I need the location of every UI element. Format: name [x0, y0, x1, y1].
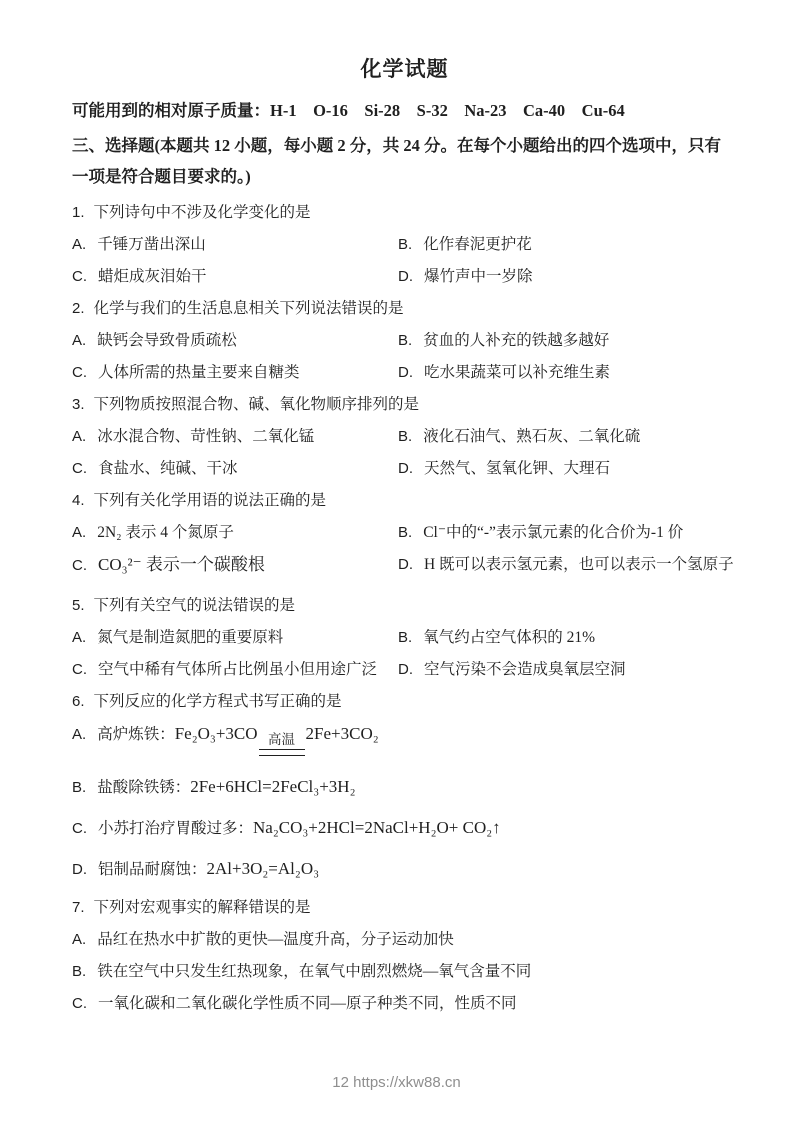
- option-label: A.: [72, 524, 86, 541]
- q7-option-b: B.铁在空气中只发生红热现象，在氧气中剧烈燃烧—氧气含量不同: [72, 961, 737, 983]
- question-stem-text: 化学与我们的生活息息相关下列说法错误的是: [94, 300, 404, 317]
- equation-lhs: Fe₂O₃+3CO: [175, 724, 258, 743]
- option-text: 铁在空气中只发生红热现象，在氧气中剧烈燃烧—氧气含量不同: [97, 963, 531, 980]
- q5-option-b: B.氧气约占空气体积的 21%: [398, 627, 737, 649]
- q6-option-b: B.盐酸除铁锈：2Fe+6HCl=2FeCl₃+3H₂: [72, 776, 737, 799]
- option-text: Cl⁻中的“-”表示氯元素的化合价为-1 价: [423, 524, 683, 541]
- option-label: A.: [72, 726, 86, 743]
- question-3: 3.下列物质按照混合物、碱、氧化物顺序排列的是 A.冰水混合物、苛性钠、二氧化锰…: [72, 394, 737, 490]
- question-5: 5.下列有关空气的说法错误的是 A.氮气是制造氮肥的重要原料 B.氧气约占空气体…: [72, 595, 737, 691]
- option-text: 爆竹声中一岁除: [424, 268, 533, 285]
- section-header: 三、选择题(本题共 12 小题，每小题 2 分，共 24 分。在每个小题给出的四…: [72, 130, 737, 192]
- option-label: D.: [398, 268, 413, 285]
- option-label: A.: [72, 931, 86, 948]
- q1-stem: 1.下列诗句中不涉及化学变化的是: [72, 202, 737, 224]
- equation-text: 2Fe+6HCl=2FeCl₃+3H₂: [190, 777, 355, 796]
- option-text: 天然气、氢氧化钾、大理石: [424, 460, 610, 477]
- q1-option-a: A.千锤万凿出深山: [72, 234, 398, 256]
- option-label: A.: [72, 428, 86, 445]
- q4-stem: 4.下列有关化学用语的说法正确的是: [72, 490, 737, 512]
- q1-option-b: B.化作春泥更护花: [398, 234, 737, 256]
- equation-text: Na₂CO₃+2HCl=2NaCl+H₂O+ CO₂↑: [253, 818, 501, 837]
- option-prefix: 小苏打治疗胃酸过多：: [98, 820, 253, 837]
- equation-text: 2Al+3O₂=Al₂O₃: [207, 859, 320, 878]
- option-text: 2N₂ 表示 4 个氮原子: [97, 524, 234, 541]
- q5-options: A.氮气是制造氮肥的重要原料 B.氧气约占空气体积的 21% C.空气中稀有气体…: [72, 627, 737, 691]
- q5-option-c: C.空气中稀有气体所占比例虽小但用途广泛: [72, 659, 398, 681]
- option-label: D.: [398, 556, 413, 573]
- question-1: 1.下列诗句中不涉及化学变化的是 A.千锤万凿出深山 B.化作春泥更护花 C.蜡…: [72, 202, 737, 298]
- option-text: 食盐水、纯碱、干冰: [98, 460, 238, 477]
- q3-option-c: C.食盐水、纯碱、干冰: [72, 458, 398, 480]
- q3-option-b: B.液化石油气、熟石灰、二氧化硫: [398, 426, 737, 448]
- question-7: 7.下列对宏观事实的解释错误的是 A.品红在热水中扩散的更快—温度升高，分子运动…: [72, 897, 737, 1015]
- exam-page: 化学试题 可能用到的相对原子质量：H-1 O-16 Si-28 S-32 Na-…: [0, 0, 793, 1015]
- option-label: D.: [72, 861, 87, 878]
- option-label: B.: [398, 524, 412, 541]
- reaction-condition: 高温: [259, 732, 305, 756]
- q4-options: A.2N₂ 表示 4 个氮原子 B.Cl⁻中的“-”表示氯元素的化合价为-1 价…: [72, 522, 737, 595]
- q4-option-a: A.2N₂ 表示 4 个氮原子: [72, 522, 398, 544]
- option-label: A.: [72, 236, 86, 253]
- question-stem-text: 下列有关空气的说法错误的是: [94, 597, 296, 614]
- q7-stem: 7.下列对宏观事实的解释错误的是: [72, 897, 737, 919]
- question-number: 5.: [72, 597, 85, 614]
- option-prefix: 铝制品耐腐蚀：: [98, 861, 207, 878]
- q2-option-a: A.缺钙会导致骨质疏松: [72, 330, 398, 352]
- option-text: 冰水混合物、苛性钠、二氧化锰: [97, 428, 314, 445]
- question-2: 2.化学与我们的生活息息相关下列说法错误的是 A.缺钙会导致骨质疏松 B.贫血的…: [72, 298, 737, 394]
- q4-option-d: D.H 既可以表示氢元素，也可以表示一个氢原子: [398, 554, 737, 577]
- option-text: 吃水果蔬菜可以补充维生素: [424, 364, 610, 381]
- option-label: D.: [398, 661, 413, 678]
- question-stem-text: 下列有关化学用语的说法正确的是: [94, 492, 327, 509]
- option-text: 化作春泥更护花: [423, 236, 532, 253]
- q1-option-c: C.蜡炬成灰泪始干: [72, 266, 398, 288]
- q3-option-a: A.冰水混合物、苛性钠、二氧化锰: [72, 426, 398, 448]
- option-label: B.: [398, 332, 412, 349]
- q6-option-d: D.铝制品耐腐蚀：2Al+3O₂=Al₂O₃: [72, 858, 737, 881]
- option-label: C.: [72, 995, 87, 1012]
- option-text: 氮气是制造氮肥的重要原料: [97, 629, 283, 646]
- option-label: B.: [72, 779, 86, 796]
- question-number: 6.: [72, 693, 85, 710]
- option-text: 液化石油气、熟石灰、二氧化硫: [423, 428, 640, 445]
- question-6: 6.下列反应的化学方程式书写正确的是 A.高炉炼铁：Fe₂O₃+3CO高温2Fe…: [72, 691, 737, 881]
- option-text: 千锤万凿出深山: [97, 236, 206, 253]
- q5-stem: 5.下列有关空气的说法错误的是: [72, 595, 737, 617]
- option-text: H 既可以表示氢元素，也可以表示一个氢原子: [424, 556, 734, 573]
- option-label: B.: [72, 963, 86, 980]
- option-text: 蜡炬成灰泪始干: [98, 268, 207, 285]
- option-label: B.: [398, 629, 412, 646]
- question-number: 4.: [72, 492, 85, 509]
- q3-options: A.冰水混合物、苛性钠、二氧化锰 B.液化石油气、熟石灰、二氧化硫 C.食盐水、…: [72, 426, 737, 490]
- option-text: 品红在热水中扩散的更快—温度升高，分子运动加快: [97, 931, 454, 948]
- option-text: 氧气约占空气体积的 21%: [423, 629, 595, 646]
- option-text: 贫血的人补充的铁越多越好: [423, 332, 609, 349]
- double-line-equals-icon: [259, 749, 305, 756]
- option-label: C.: [72, 460, 87, 477]
- q6-option-c: C.小苏打治疗胃酸过多：Na₂CO₃+2HCl=2NaCl+H₂O+ CO₂↑: [72, 817, 737, 840]
- condition-text: 高温: [268, 732, 295, 748]
- atomic-mass-line: 可能用到的相对原子质量：H-1 O-16 Si-28 S-32 Na-23 Ca…: [72, 98, 737, 124]
- option-label: C.: [72, 268, 87, 285]
- q6-stem: 6.下列反应的化学方程式书写正确的是: [72, 691, 737, 713]
- option-label: C.: [72, 661, 87, 678]
- question-number: 3.: [72, 396, 85, 413]
- option-text: 缺钙会导致骨质疏松: [97, 332, 237, 349]
- question-number: 1.: [72, 204, 85, 221]
- q6-option-a: A.高炉炼铁：Fe₂O₃+3CO高温2Fe+3CO₂: [72, 723, 737, 756]
- option-label: C.: [72, 557, 87, 574]
- option-label: D.: [398, 364, 413, 381]
- q3-stem: 3.下列物质按照混合物、碱、氧化物顺序排列的是: [72, 394, 737, 416]
- q2-option-b: B.贫血的人补充的铁越多越好: [398, 330, 737, 352]
- option-prefix: 盐酸除铁锈：: [97, 779, 190, 796]
- option-label: C.: [72, 364, 87, 381]
- q1-options: A.千锤万凿出深山 B.化作春泥更护花 C.蜡炬成灰泪始干 D.爆竹声中一岁除: [72, 234, 737, 298]
- q5-option-d: D.空气污染不会造成臭氧层空洞: [398, 659, 737, 681]
- option-label: B.: [398, 428, 412, 445]
- option-label: C.: [72, 820, 87, 837]
- page-footer: 12 https://xkw88.cn: [0, 1072, 793, 1094]
- q7-option-a: A.品红在热水中扩散的更快—温度升高，分子运动加快: [72, 929, 737, 951]
- question-4: 4.下列有关化学用语的说法正确的是 A.2N₂ 表示 4 个氮原子 B.Cl⁻中…: [72, 490, 737, 595]
- q2-options: A.缺钙会导致骨质疏松 B.贫血的人补充的铁越多越好 C.人体所需的热量主要来自…: [72, 330, 737, 394]
- option-text: 空气中稀有气体所占比例虽小但用途广泛: [98, 661, 377, 678]
- option-text: 一氧化碳和二氧化碳化学性质不同—原子种类不同，性质不同: [98, 995, 517, 1012]
- option-label: A.: [72, 332, 86, 349]
- question-number: 7.: [72, 899, 85, 916]
- question-stem-text: 下列反应的化学方程式书写正确的是: [94, 693, 342, 710]
- question-number: 2.: [72, 300, 85, 317]
- question-stem-text: 下列诗句中不涉及化学变化的是: [94, 204, 311, 221]
- q5-option-a: A.氮气是制造氮肥的重要原料: [72, 627, 398, 649]
- question-stem-text: 下列物质按照混合物、碱、氧化物顺序排列的是: [94, 396, 420, 413]
- q2-option-d: D.吃水果蔬菜可以补充维生素: [398, 362, 737, 384]
- option-text: 空气污染不会造成臭氧层空洞: [424, 661, 626, 678]
- q2-stem: 2.化学与我们的生活息息相关下列说法错误的是: [72, 298, 737, 320]
- equation-rhs: 2Fe+3CO₂: [306, 724, 379, 743]
- option-prefix: 高炉炼铁：: [97, 726, 175, 743]
- page-title: 化学试题: [72, 54, 737, 84]
- question-stem-text: 下列对宏观事实的解释错误的是: [94, 899, 311, 916]
- option-text: 人体所需的热量主要来自糖类: [98, 364, 300, 381]
- q1-option-d: D.爆竹声中一岁除: [398, 266, 737, 288]
- q3-option-d: D.天然气、氢氧化钾、大理石: [398, 458, 737, 480]
- option-label: D.: [398, 460, 413, 477]
- q2-option-c: C.人体所需的热量主要来自糖类: [72, 362, 398, 384]
- q4-option-b: B.Cl⁻中的“-”表示氯元素的化合价为-1 价: [398, 522, 737, 544]
- q4-option-c: C.CO₃²⁻ 表示一个碳酸根: [72, 554, 398, 577]
- q7-option-c: C.一氧化碳和二氧化碳化学性质不同—原子种类不同，性质不同: [72, 993, 737, 1015]
- option-label: B.: [398, 236, 412, 253]
- option-text: CO₃²⁻ 表示一个碳酸根: [98, 555, 265, 574]
- option-label: A.: [72, 629, 86, 646]
